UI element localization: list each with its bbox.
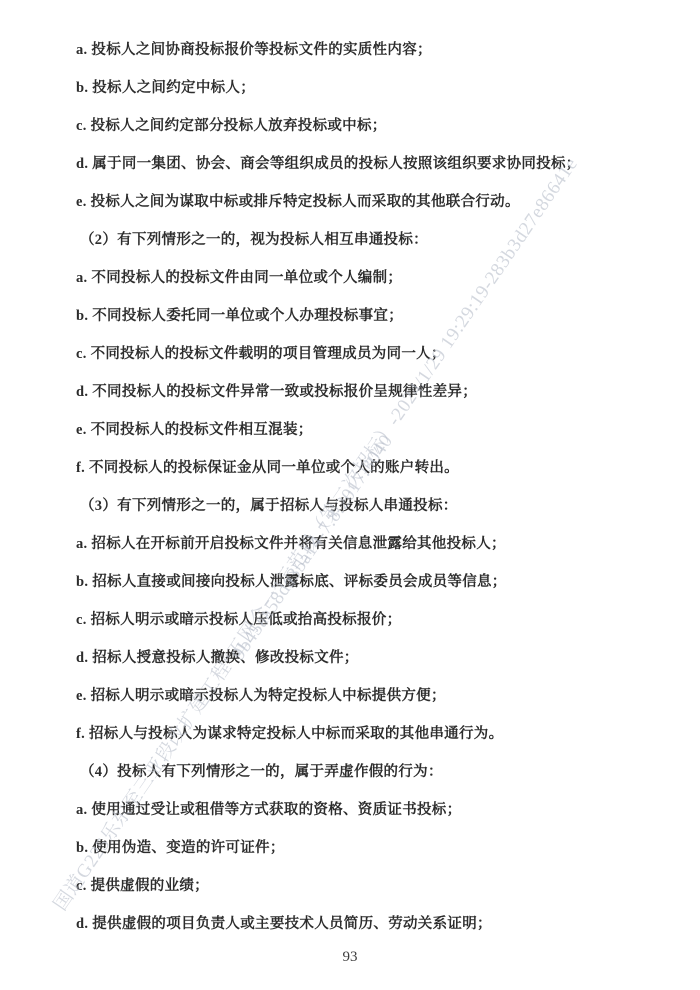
doc-line: a. 投标人之间协商投标报价等投标文件的实质性内容； xyxy=(76,42,664,58)
doc-line: a. 不同投标人的投标文件由同一单位或个人编制； xyxy=(76,270,664,286)
doc-line: d. 属于同一集团、协会、商会等组织成员的投标人按照该组织要求协同投标； xyxy=(76,156,664,172)
doc-line: c. 投标人之间约定部分投标人放弃投标或中标； xyxy=(76,118,664,134)
doc-line: e. 不同投标人的投标文件相互混装； xyxy=(76,422,664,438)
doc-line: c. 不同投标人的投标文件载明的项目管理成员为同一人； xyxy=(76,346,664,362)
doc-line: b. 投标人之间约定中标人； xyxy=(76,80,664,96)
doc-line: b. 不同投标人委托同一单位或个人办理投标事宜； xyxy=(76,308,664,324)
doc-line: b. 使用伪造、变造的许可证件； xyxy=(76,840,664,856)
page-number: 93 xyxy=(0,949,700,966)
doc-line: e. 投标人之间为谋取中标或排斥特定投标人而采取的其他联合行动。 xyxy=(76,194,664,210)
doc-line: d. 不同投标人的投标文件异常一致或投标报价呈规律性差异； xyxy=(76,384,664,400)
doc-line: c. 招标人明示或暗示投标人压低或抬高投标报价； xyxy=(76,612,664,628)
doc-line: b. 招标人直接或间接向投标人泄露标底、评标委员会成员等信息； xyxy=(76,574,664,590)
document-body: a. 投标人之间协商投标报价等投标文件的实质性内容； b. 投标人之间约定中标人… xyxy=(76,42,664,954)
doc-line: e. 招标人明示或暗示投标人为特定投标人中标提供方便； xyxy=(76,688,664,704)
doc-line: d. 提供虚假的项目负责人或主要技术人员简历、劳动关系证明； xyxy=(76,916,664,932)
document-page: 国道G225乐东至三亚段改扩建工程“五网合一”示范段（第二次招标）-2024/1… xyxy=(0,0,700,990)
doc-clause-heading: （3）有下列情形之一的，属于招标人与投标人串通投标： xyxy=(76,498,664,514)
doc-line: f. 招标人与投标人为谋求特定投标人中标而采取的其他串通行为。 xyxy=(76,726,664,742)
doc-line: d. 招标人授意投标人撤换、修改投标文件； xyxy=(76,650,664,666)
doc-clause-heading: （2）有下列情形之一的，视为投标人相互串通投标： xyxy=(76,232,664,248)
doc-line: a. 使用通过受让或租借等方式获取的资格、资质证书投标； xyxy=(76,802,664,818)
doc-clause-heading: （4）投标人有下列情形之一的，属于弄虚作假的行为： xyxy=(76,764,664,780)
doc-line: c. 提供虚假的业绩； xyxy=(76,878,664,894)
doc-line: f. 不同投标人的投标保证金从同一单位或个人的账户转出。 xyxy=(76,460,664,476)
doc-line: a. 招标人在开标前开启投标文件并将有关信息泄露给其他投标人； xyxy=(76,536,664,552)
